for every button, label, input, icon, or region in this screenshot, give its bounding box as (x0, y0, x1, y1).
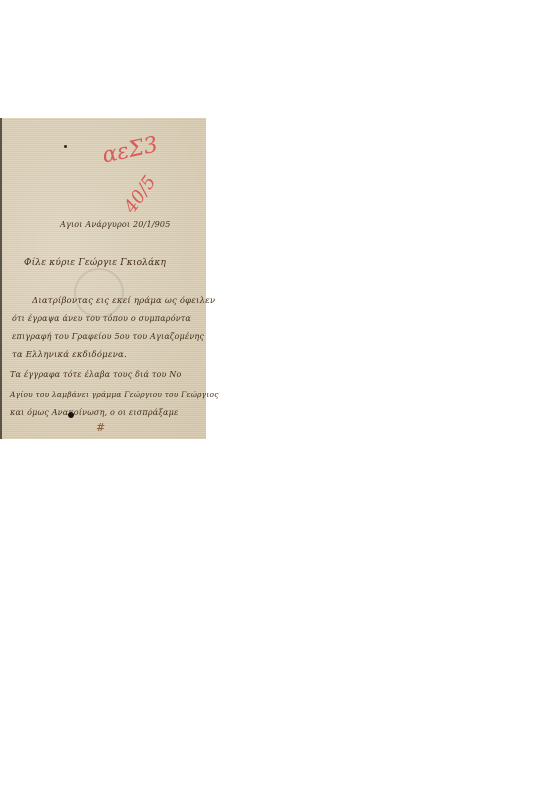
date-line: Αγιοι Ανάργυροι 20/1/905 (60, 220, 171, 229)
body-line: Αγίου του λαμβάνει γράμμα Γεώργιου του Γ… (10, 390, 219, 399)
body-line: Διατρίβοντας εις εκεί ηράμα ως όφειλεν (32, 296, 215, 306)
body-line: και όμως Ανακοίνωση, ο οι εισπράξαμε (10, 408, 178, 417)
faded-stamp (74, 268, 124, 318)
red-annotation-number: 40/5 (120, 172, 160, 217)
body-line: Τα έγγραφα τότε έλαβα τους διά του Νο (10, 370, 182, 379)
red-annotation-top: αεΣ3 (100, 132, 160, 168)
salutation: Φίλε κύριε Γεώργιε Γκιολάκη (24, 258, 166, 268)
document-scan: αεΣ3 40/5 Αγιοι Ανάργυροι 20/1/905 Φίλε … (0, 118, 206, 439)
ink-blot (68, 412, 74, 418)
body-line: τα Ελληνικά εκδιδόμενα. (12, 350, 127, 360)
footer-mark: # (96, 421, 105, 434)
ink-dot (64, 145, 67, 148)
body-line: επιγραφή του Γραφείου 5ου του Αγιαζομένη… (12, 332, 204, 341)
body-line: ότι έγραψα άνευ του τόπου ο συμπαρόντα (12, 314, 191, 323)
